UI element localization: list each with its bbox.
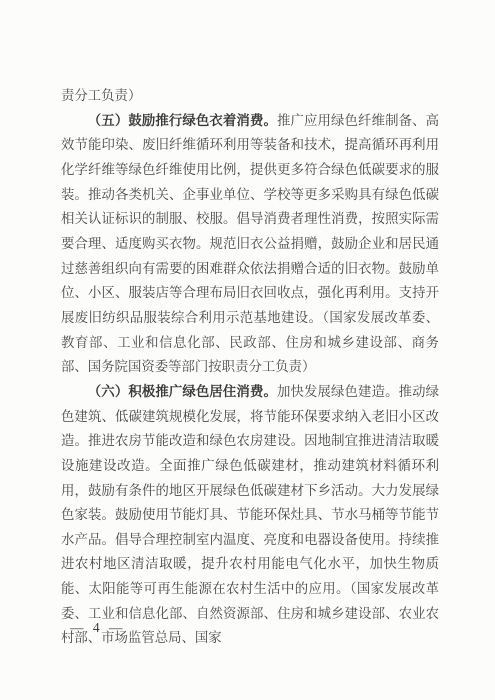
document-page: 责分工负责）（五）鼓励推行绿色衣着消费。推广应用绿色纤维制备、高效节能印染、废旧… — [0, 0, 495, 700]
paragraph-section-6: （六）积极推广绿色居住消费。加快发展绿色建造。推动绿色建筑、低碳建筑规模化发展，… — [61, 380, 439, 651]
document-body: 责分工负责）（五）鼓励推行绿色衣着消费。推广应用绿色纤维制备、高效节能印染、废旧… — [61, 84, 439, 651]
page-number: — 4 — — [70, 620, 126, 636]
text-segment-bold: （五）鼓励推行绿色衣着消费。 — [88, 113, 277, 128]
text-segment-normal: 加快发展绿色建造。推动绿色建筑、低碳建筑规模化发展，将节能环保要求纳入老旧小区改… — [61, 384, 439, 596]
paragraph-section-5: （五）鼓励推行绿色衣着消费。推广应用绿色纤维制备、高效节能印染、废旧纤维循环利用… — [61, 109, 439, 380]
text-segment-bold: （六）积极推广绿色居住消费。 — [88, 384, 277, 399]
paragraph-continuation: 责分工负责） — [61, 84, 439, 109]
text-segment-normal: 推广应用绿色纤维制备、高效节能印染、废旧纤维循环利用等装备和技术，提高循环再利用… — [61, 113, 439, 325]
text-segment-kaiti: 责分工负责） — [61, 88, 141, 103]
